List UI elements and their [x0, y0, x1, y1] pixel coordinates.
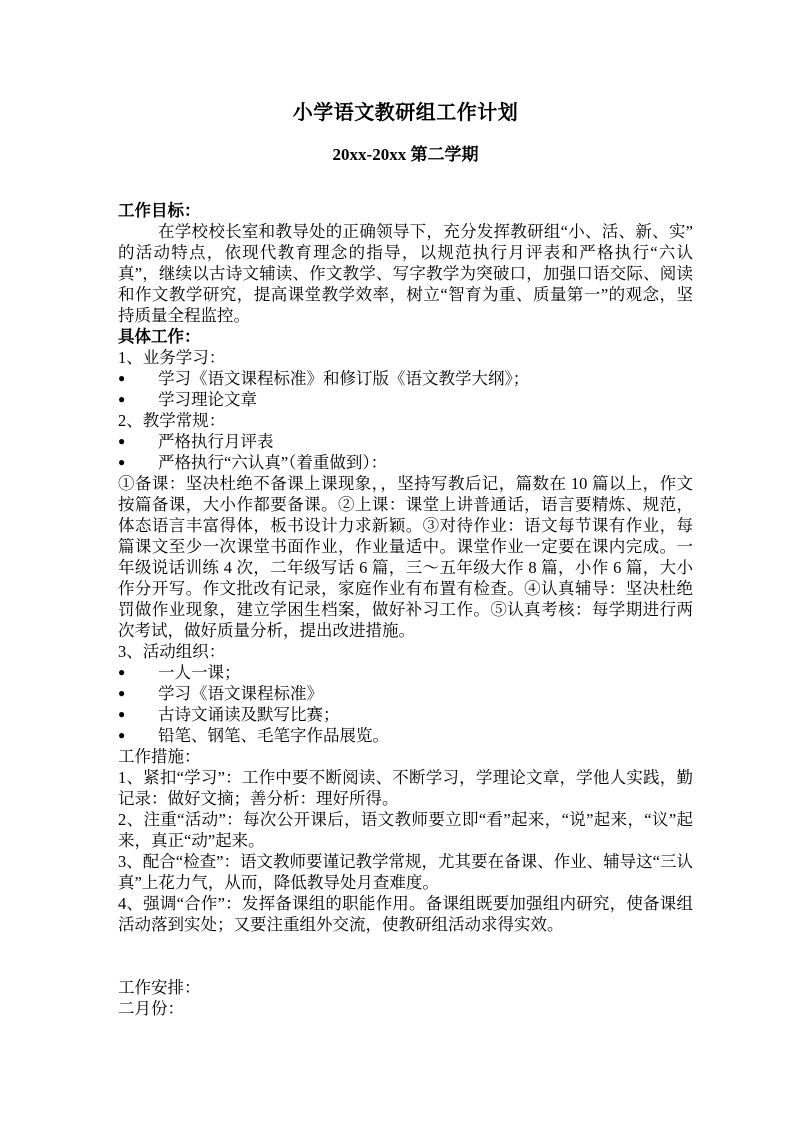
bullet-item: ● 古诗文诵读及默写比赛；: [118, 704, 693, 725]
goals-paragraph: 在学校校长室和教导处的正确领导下，充分发挥教研组“小、活、新、实”的活动特点，依…: [118, 221, 693, 326]
bullet-item: ● 学习《语文课程标准》: [118, 683, 693, 704]
bullet-item-text: 严格执行“六认真”（着重做到）：: [158, 452, 693, 473]
document-content: 小学语文教研组工作计划 20xx-20xx 第二学期 工作目标： 在学校校长室和…: [118, 100, 693, 1019]
document-subtitle: 20xx-20xx 第二学期: [118, 144, 693, 165]
schedule-heading: 工作安排：: [118, 977, 693, 998]
bullet-item: ● 严格执行“六认真”（着重做到）：: [118, 452, 693, 473]
bullet-item: ● 严格执行月评表: [118, 431, 693, 452]
blank-spacer: [118, 935, 693, 977]
measures-heading: 工作措施：: [118, 746, 693, 767]
specific-work-heading: 具体工作：: [118, 326, 693, 347]
bullet-item-text: 学习理论文章: [158, 389, 693, 410]
document-title: 小学语文教研组工作计划: [118, 100, 693, 126]
bullet-icon: ●: [118, 368, 158, 389]
goals-heading: 工作目标：: [118, 200, 693, 221]
bullet-icon: ●: [118, 704, 158, 725]
bullet-icon: ●: [118, 683, 158, 704]
measure-item-4: 4、强调“合作”：发挥备课组的职能作用。备课组既要加强组内研究，使备课组活动落到…: [118, 893, 693, 935]
bullet-item: ● 学习理论文章: [118, 389, 693, 410]
bullet-item-text: 严格执行月评表: [158, 431, 693, 452]
document-body: 工作目标： 在学校校长室和教导处的正确领导下，充分发挥教研组“小、活、新、实”的…: [118, 200, 693, 1019]
teaching-routine-detail-paragraph: ①备课：坚决杜绝不备课上课现象，，坚持写教后记，篇数在 10 篇以上，作文按篇备…: [118, 473, 693, 641]
bullet-icon: ●: [118, 431, 158, 452]
measure-item-2: 2、注重“活动”：每次公开课后，语文教师要立即“看”起来，“说”起来，“议”起来…: [118, 809, 693, 851]
bullet-item: ● 铅笔、钢笔、毛笔字作品展览。: [118, 725, 693, 746]
bullet-item-text: 学习《语文课程标准》: [158, 683, 693, 704]
bullet-icon: ●: [118, 662, 158, 683]
document-page: 小学语文教研组工作计划 20xx-20xx 第二学期 工作目标： 在学校校长室和…: [0, 0, 793, 1122]
bullet-item-text: 学习《语文课程标准》和修订版《语文教学大纲》；: [158, 368, 693, 389]
numbered-item-2-label: 2、教学常规：: [118, 410, 693, 431]
bullet-icon: ●: [118, 389, 158, 410]
bullet-icon: ●: [118, 725, 158, 746]
bullet-icon: ●: [118, 452, 158, 473]
measure-item-1: 1、紧扣“学习”：工作中要不断阅读、不断学习，学理论文章，学他人实践，勤记录：做…: [118, 767, 693, 809]
numbered-item-3-label: 3、活动组织：: [118, 641, 693, 662]
bullet-item: ● 学习《语文课程标准》和修订版《语文教学大纲》；: [118, 368, 693, 389]
bullet-item-text: 古诗文诵读及默写比赛；: [158, 704, 693, 725]
numbered-item-1-label: 1、业务学习：: [118, 347, 693, 368]
schedule-month-february: 二月份：: [118, 998, 693, 1019]
bullet-item-text: 一人一课；: [158, 662, 693, 683]
bullet-item-text: 铅笔、钢笔、毛笔字作品展览。: [158, 725, 693, 746]
bullet-item: ● 一人一课；: [118, 662, 693, 683]
measure-item-3: 3、配合“检查”：语文教师要谨记教学常规，尤其要在备课、作业、辅导这“三认真”上…: [118, 851, 693, 893]
